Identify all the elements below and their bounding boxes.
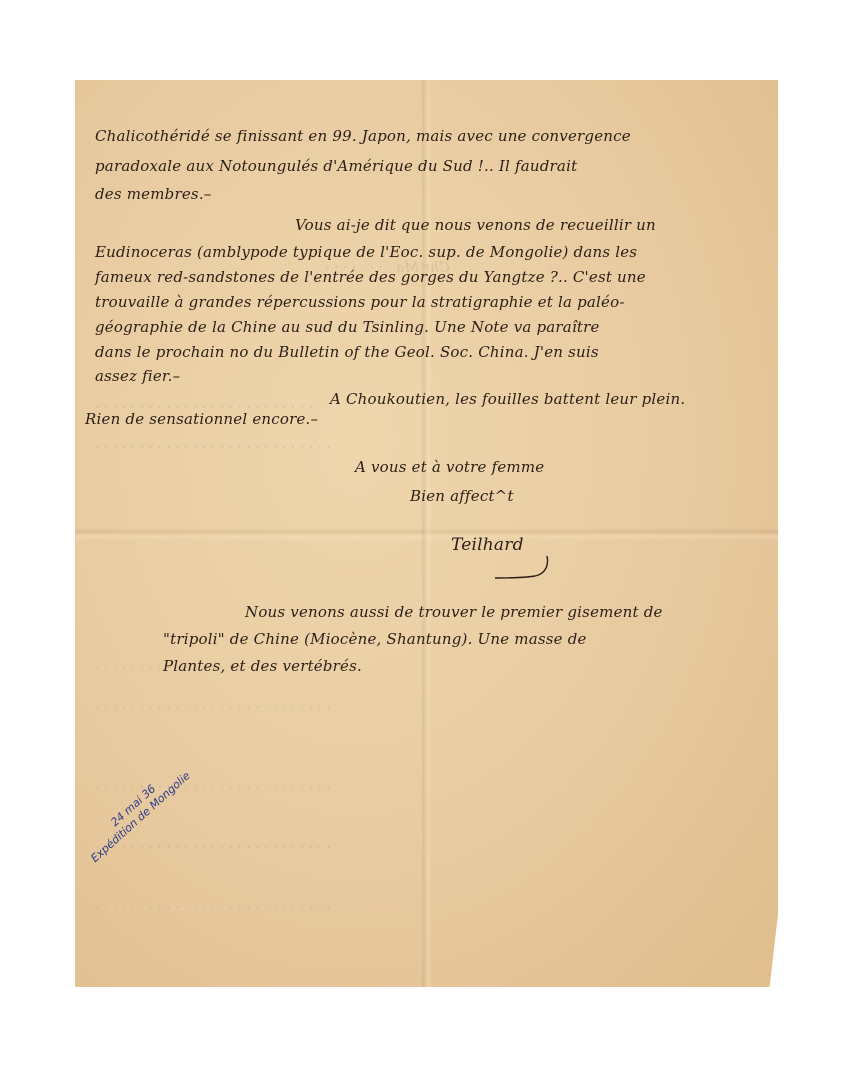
bleed-through-text: · · · · · · · · · · · · · · · · · · · · …: [95, 900, 331, 916]
signature: Teilhard: [451, 535, 524, 555]
bleed-through-text: · · · · · · · · · · · · · · · · · · · · …: [95, 700, 331, 716]
bleed-through-text: · · · · · · · · · · · · · · · · · · · · …: [95, 840, 331, 856]
letter-line: Rien de sensationnel encore.–: [85, 410, 318, 428]
letter-line: des membres.–: [95, 185, 211, 203]
letter-line: Vous ai-je dit que nous venons de recuei…: [295, 216, 656, 234]
letter-line: géographie de la Chine au sud du Tsinlin…: [95, 318, 600, 336]
letter-line: paradoxale aux Notoungulés d'Amérique du…: [95, 157, 577, 175]
letter-line: Chalicothéridé se finissant en 99. Japon…: [95, 127, 631, 145]
letter-line: trouvaille à grandes répercussions pour …: [95, 293, 625, 311]
letter-line: dans le prochain no du Bulletin of the G…: [95, 343, 599, 361]
letter-page: Chr Ma · · · · · · · · · · · · · · · · ·…: [75, 80, 778, 987]
signature-flourish: [487, 556, 557, 580]
letter-line: fameux red-sandstones de l'entrée des go…: [95, 268, 646, 286]
bleed-through-text: · · · · · · · · · · · · · · · · · · · · …: [95, 780, 331, 796]
bleed-through-text: · · · · · · · · · · · · · · · · · · · · …: [95, 440, 331, 456]
closing-salutation: A vous et à votre femme: [355, 458, 544, 476]
letter-line: A Choukoutien, les fouilles battent leur…: [330, 390, 685, 408]
letter-line: assez fier.–: [95, 367, 180, 385]
closing-regards: Bien affect^t: [410, 487, 514, 505]
postscript-line: "tripoli" de Chine (Miocène, Shantung). …: [163, 630, 587, 648]
letter-line: Eudinoceras (amblypode typique de l'Eoc.…: [95, 243, 637, 261]
postscript-line: Nous venons aussi de trouver le premier …: [245, 603, 663, 621]
postscript-line: Plantes, et des vertébrés.: [163, 657, 362, 675]
